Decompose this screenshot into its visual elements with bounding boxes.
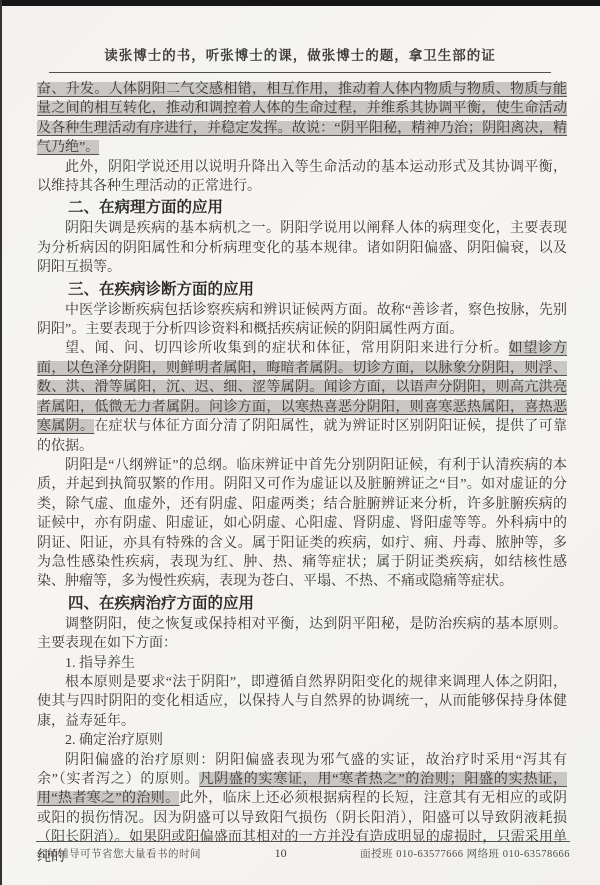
- paragraph: 1. 指导养生: [37, 654, 567, 673]
- text-run: 阴阳失调是疾病的基本病机之一。阴阳学说用以阐释人体的病理变化，主要表现为分析病因…: [37, 221, 567, 275]
- page-header: 读张博士的书，听张博士的课，做张博士的题，拿卫生部的证: [0, 0, 600, 64]
- highlighted-text: 奋、升发。人体阴阳二气交感相错，相互作用，推动着人体内物质与物质、物质与能量之间…: [37, 82, 567, 155]
- paragraph: 调整阴阳，使之恢复或保持相对平衡，达到阴平阳秘，是防治疾病的基本原则。主要表现在…: [37, 615, 567, 654]
- paragraph: 2. 确定治疗原则: [37, 731, 567, 750]
- paragraph: 阴阳失调是疾病的基本病机之一。阴阳学说用以阐释人体的病理变化，主要表现为分析病因…: [37, 219, 567, 277]
- scan-edge-top: [0, 0, 600, 6]
- section-heading: 四、在疾病治疗方面的应用: [37, 593, 567, 614]
- text-run: 此外，阴阳学说还用以说明升降出入等生命活动的基本运动形式及其协调平衡，以维持其各…: [37, 160, 567, 194]
- section-heading: 二、在病理方面的应用: [37, 197, 567, 218]
- text-run: 在症状与体征方面分清了阴阳属性，就为辨证时区别阴阳证候，提供了可靠的依据。: [37, 419, 567, 453]
- section-heading: 三、在疾病诊断方面的应用: [37, 279, 567, 300]
- paragraph: 中医学诊断疾病包括诊察疾病和辨识证候两方面。故称“善诊者，察色按脉，先别阴阳”。…: [37, 301, 567, 340]
- text-run: 调整阴阳，使之恢复或保持相对平衡，达到阴平阳秘，是防治疾病的基本原则。主要表现在…: [37, 617, 567, 651]
- paragraph: 此外，阴阳学说还用以说明升降出入等生命活动的基本运动形式及其协调平衡，以维持其各…: [37, 158, 567, 197]
- page-number: 10: [275, 846, 287, 861]
- text-run: 根本原则是要求“法于阴阳”，即遵循自然界阴阳变化的规律来调理人体之阴阳，使其与四…: [37, 675, 567, 729]
- document-body: 奋、升发。人体阴阳二气交感相错，相互作用，推动着人体内物质与物质、物质与能量之间…: [37, 80, 567, 867]
- text-run: 望、闻、问、切四诊所收集到的症状和体征，常用阴阳来进行分析。: [65, 341, 509, 356]
- text-run: 四、在疾病治疗方面的应用: [68, 595, 254, 612]
- footer-right-text: 面授班 010-63577666 网络班 010-63578666: [360, 846, 570, 861]
- text-run: 三、在疾病诊断方面的应用: [68, 281, 254, 298]
- scanned-document-page: 读张博士的书，听张博士的课，做张博士的题，拿卫生部的证 奋、升发。人体阴阳二气交…: [0, 0, 600, 885]
- header-slogan: 读张博士的书，听张博士的课，做张博士的题，拿卫生部的证: [104, 48, 496, 63]
- scan-edge-left: [0, 0, 2, 885]
- text-run: 二、在病理方面的应用: [68, 199, 223, 216]
- text-run: 阴阳是“八纲辨证”的总纲。临床辨证中首先分别阴阳证候，有利于认清疾病的本质，并起…: [37, 458, 567, 589]
- paragraph: 望、闻、问、切四诊所收集到的症状和体征，常用阴阳来进行分析。如望诊方面，以色泽分…: [37, 339, 567, 455]
- text-run: 2. 确定治疗原则: [65, 733, 163, 748]
- paragraph: 阴阳是“八纲辨证”的总纲。临床辨证中首先分别阴阳证候，有利于认清疾病的本质，并起…: [37, 456, 567, 592]
- page-footer: 名师辅导可节省您大量看书的时间 10 面授班 010-63577666 网络班 …: [36, 841, 570, 861]
- footer-left-text: 名师辅导可节省您大量看书的时间: [36, 846, 201, 861]
- text-run: 1. 指导养生: [65, 656, 135, 671]
- paragraph: 根本原则是要求“法于阴阳”，即遵循自然界阴阳变化的规律来调理人体之阴阳，使其与四…: [37, 673, 567, 731]
- text-run: 中医学诊断疾病包括诊察疾病和辨识证候两方面。故称“善诊者，察色按脉，先别阴阳”。…: [37, 303, 567, 337]
- paragraph: 奋、升发。人体阴阳二气交感相错，相互作用，推动着人体内物质与物质、物质与能量之间…: [37, 80, 567, 158]
- header-rule: [49, 72, 551, 73]
